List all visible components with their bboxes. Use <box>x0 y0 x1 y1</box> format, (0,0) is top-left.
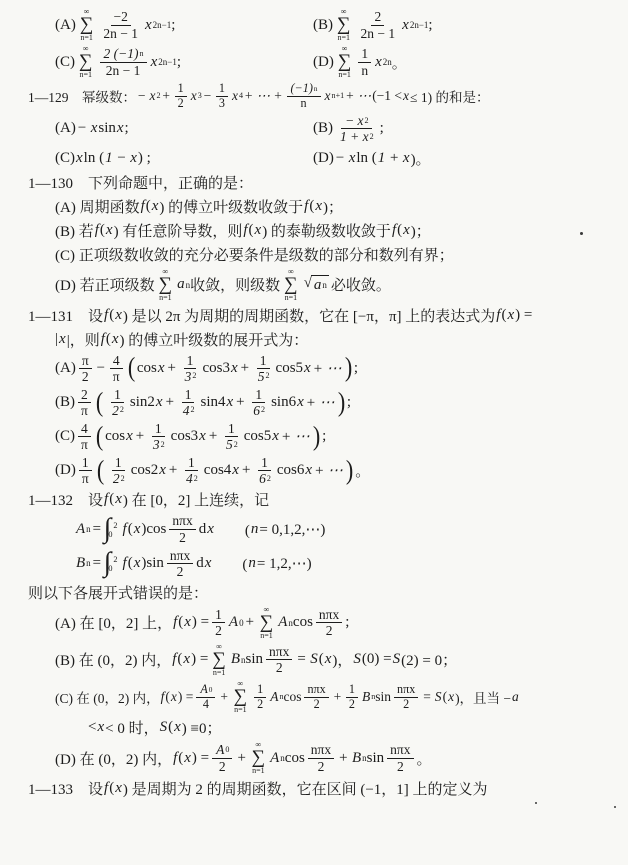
close-paren: ) <box>338 391 345 415</box>
math-run: x <box>205 555 212 572</box>
fraction-denominator: 1 + x2 <box>336 129 377 144</box>
text-run: (B) <box>55 394 75 411</box>
text-run: sin4 <box>200 394 225 411</box>
fraction: nπx2 <box>169 513 195 544</box>
fraction: nπx2 <box>316 607 342 638</box>
math-run: f <box>104 780 108 797</box>
math-run: x <box>507 307 514 324</box>
math-run: f <box>172 651 176 668</box>
fraction-denominator: 3 <box>216 97 228 111</box>
option-left: (A) − x sinx ; <box>55 120 313 137</box>
fraction: 12 <box>254 683 266 711</box>
text-run: ) 的傅立叶级数的展开式为： <box>120 329 309 350</box>
text-run: (A) 周期函数 <box>55 196 140 217</box>
text-line: (D) 1π(122cos2x + 142cos4x + 162cos6x + … <box>55 455 628 486</box>
text-run: )， <box>332 649 352 670</box>
text-run: ( <box>106 331 111 348</box>
fraction-numerator: 1 <box>254 683 266 698</box>
text-run: sin <box>98 120 116 137</box>
sum-lower-limit: n=1 <box>252 767 265 775</box>
math-run: + <box>208 428 218 445</box>
fraction: A02 <box>212 742 232 773</box>
sum-lower-limit: n=1 <box>159 294 172 302</box>
text-run: 1—130 下列命题中，正确的是： <box>28 172 253 193</box>
math-run: x <box>59 331 66 348</box>
text-line: An = ∫20f(x)cos nπx2dx (n = 0,1,2,⋯) <box>75 513 628 544</box>
math-run: f <box>95 222 99 239</box>
math-run: 6 <box>253 403 260 418</box>
math-run: x <box>232 462 239 479</box>
text-run: |，则 <box>67 329 100 350</box>
text-line: 1—130 下列命题中，正确的是： <box>28 172 628 193</box>
fraction-denominator: 2n − 1 <box>103 63 144 78</box>
math-run: x <box>255 222 262 239</box>
math-run: x <box>115 780 122 797</box>
math-run: a <box>512 689 519 705</box>
fraction: 152 <box>254 353 273 384</box>
fraction-numerator: 1 <box>111 387 124 403</box>
open-paren: ( <box>97 459 104 483</box>
fraction: 2 (−1)n2n − 1 <box>100 46 147 77</box>
text-run: )。 <box>411 148 431 169</box>
fraction: −22n − 1 <box>100 9 141 40</box>
math-run: + ⋯ <box>314 461 343 480</box>
text-run: ; <box>380 120 384 137</box>
math-run: x <box>171 689 177 705</box>
math-run: f <box>243 222 247 239</box>
text-run: ( <box>249 222 254 239</box>
math-run: (−1) <box>291 82 313 96</box>
text-run: ) 是周期为 2 的周期函数，它在区间 (−1，1] 上的定义为 <box>123 778 488 799</box>
math-run: x <box>304 360 311 377</box>
fraction-denominator: 32 <box>149 437 168 452</box>
math-run: x <box>403 222 410 239</box>
text-line: (C) 在 (0，2) 内，f (x) = A04 + ∞∑n=112Ancos… <box>55 680 628 714</box>
math-run: x <box>76 150 83 167</box>
math-run: − x <box>345 113 363 128</box>
text-run: (−1 < <box>372 88 402 104</box>
summation-symbol: ∞∑n=1 <box>212 643 226 677</box>
math-run: A <box>278 614 287 631</box>
text-line: (A) ∞∑n=1−22n − 1x2n−1 ;(B) ∞∑n=122n − 1… <box>55 8 628 42</box>
math-run: x <box>232 88 238 104</box>
scan-speck <box>580 232 583 235</box>
text-line: (D) 在 (0，2) 内，f (x) = A02 + ∞∑n=1Ancos n… <box>55 741 628 775</box>
integral-symbol: ∫20 <box>104 515 121 543</box>
text-run: ( <box>177 651 182 668</box>
text-line: (C) 正项级数收敛的充分必要条件是级数的部分和数列有界； <box>55 244 628 265</box>
fraction: A04 <box>196 683 215 711</box>
math-run: x <box>231 360 238 377</box>
math-run: a <box>177 276 185 293</box>
fraction-numerator: A0 <box>196 683 215 698</box>
text-line: 1—131 设 f (x) 是以 2π 为周期的周期函数，它在 [−π，π] 上… <box>28 305 628 326</box>
text-line: 1—133 设 f (x) 是周期为 2 的周期函数，它在区间 (−1，1] 上… <box>28 778 628 799</box>
math-run: = <box>92 521 102 538</box>
math-run: B <box>231 651 240 668</box>
text-run: 1—131 设 <box>28 305 103 326</box>
sigma-glyph: ∑ <box>80 16 94 34</box>
fraction: 12 <box>175 82 187 110</box>
open-paren: ( <box>128 356 135 380</box>
fraction: (−1)nn <box>287 82 321 110</box>
math-run: B <box>362 689 370 705</box>
math-run: x <box>151 54 158 71</box>
sum-lower-limit: n=1 <box>338 34 351 42</box>
text-run: cos4 <box>204 462 232 479</box>
text-run: ; <box>125 120 129 137</box>
math-run: x <box>117 120 124 137</box>
text-run: ( <box>215 519 250 540</box>
fraction-numerator: 1 <box>184 353 197 369</box>
fraction-numerator: 1 <box>112 455 125 471</box>
fraction-numerator: 1 <box>258 455 271 471</box>
text-run: (C) 正项级数收敛的充分必要条件是级数的部分和数列有界； <box>55 244 454 265</box>
math-run: 5 <box>258 369 265 384</box>
fraction-numerator: 2 <box>371 9 384 25</box>
summation-symbol: ∞∑n=1 <box>337 8 351 42</box>
text-run: sin6 <box>271 394 296 411</box>
math-run: x <box>403 88 409 104</box>
summation-symbol: ∞∑n=1 <box>338 45 352 79</box>
close-paren: ) <box>313 425 320 449</box>
scan-speck <box>614 806 616 808</box>
fraction-denominator: n <box>297 97 309 111</box>
fraction: − x21 + x2 <box>336 113 377 144</box>
text-run: | <box>55 331 58 348</box>
math-run: x <box>227 394 234 411</box>
fraction-denominator: 2n − 1 <box>100 26 141 41</box>
math-run: f <box>123 555 127 572</box>
scan-speck <box>535 802 537 804</box>
summation-symbol: ∞∑n=1 <box>79 45 93 79</box>
fraction-denominator: 22 <box>109 471 128 486</box>
text-run: ) = <box>192 750 209 767</box>
close-paren: ) <box>345 356 352 380</box>
text-run: (D) <box>313 150 334 167</box>
math-run: 2 (−1) <box>104 46 139 61</box>
fraction-numerator: 1 <box>212 607 225 623</box>
sum-lower-limit: n=1 <box>260 632 273 640</box>
option-left: (C) x ln (1 − x) ; <box>55 150 313 167</box>
fraction-denominator: 42 <box>179 403 198 418</box>
math-run: x <box>184 614 191 631</box>
option-right: (B) − x21 + x2 ; <box>313 113 384 144</box>
summation-symbol: ∞∑n=1 <box>260 606 274 640</box>
math-run: S <box>160 719 168 736</box>
math-run: S <box>393 651 401 668</box>
text-run: (C) <box>55 150 75 167</box>
fraction-denominator: π <box>78 403 91 418</box>
math-run: S <box>353 651 361 668</box>
text-line: (B) 若 f (x) 有任意阶导数，则 f (x) 的泰勒级数收敛于 f (x… <box>55 220 628 241</box>
math-run: + <box>135 428 145 445</box>
text-run: )sin <box>141 555 164 572</box>
text-line: (A) − x sinx ;(B) − x21 + x2 ; <box>55 113 628 144</box>
fraction-numerator: −2 <box>111 9 131 25</box>
math-run: f <box>304 198 308 215</box>
math-run: a <box>314 276 322 294</box>
text-run: ( <box>146 198 151 215</box>
fraction: 152 <box>222 421 241 452</box>
text-run: = 1,2,⋯) <box>257 554 312 573</box>
text-run: ) ; <box>138 150 151 167</box>
sigma-glyph: ∑ <box>212 651 226 669</box>
fraction-numerator: 4 <box>110 353 123 369</box>
text-run: < <box>88 719 96 736</box>
math-run: x <box>325 651 332 668</box>
text-run: sin2 <box>130 394 155 411</box>
math-run: x <box>207 521 214 538</box>
math-run: f <box>161 689 165 705</box>
math-run: n <box>248 555 256 572</box>
fraction-numerator: π <box>79 353 92 369</box>
fraction: 22n − 1 <box>358 9 399 40</box>
text-run: ( <box>178 614 183 631</box>
text-run: ( <box>109 491 114 508</box>
text-run: sin <box>367 750 385 767</box>
math-run: f <box>392 222 396 239</box>
math-run: + <box>241 462 251 479</box>
math-run: + <box>219 689 228 705</box>
math-run: 6 <box>259 471 266 486</box>
text-run: ( <box>100 222 105 239</box>
text-run: (B) <box>313 120 333 137</box>
math-run: x <box>106 222 113 239</box>
math-run: = S <box>296 651 317 668</box>
fraction-denominator: 2n − 1 <box>358 26 399 41</box>
text-line: 则以下各展开式错误的是： <box>28 582 628 603</box>
fraction-denominator: n <box>358 63 371 78</box>
fraction-numerator: 1 <box>225 421 238 437</box>
fraction: 162 <box>255 455 274 486</box>
text-run: cos3 <box>202 360 230 377</box>
text-line: |x|，则 f (x) 的傅立叶级数的展开式为： <box>55 329 628 350</box>
math-run: − <box>203 88 212 104</box>
math-run: x <box>115 491 122 508</box>
fraction-denominator: π <box>78 437 91 452</box>
math-run: x <box>191 88 197 104</box>
text-run: ) = <box>191 651 208 668</box>
text-run: ( <box>501 307 506 324</box>
fraction-denominator: 2 <box>176 530 189 545</box>
sum-lower-limit: n=1 <box>234 706 247 714</box>
fraction-denominator: 2 <box>273 660 286 675</box>
math-run: x <box>126 428 133 445</box>
math-run: x <box>448 689 454 705</box>
close-paren: ) <box>346 459 353 483</box>
math-run: x <box>297 394 304 411</box>
fraction-denominator: 62 <box>249 403 268 418</box>
fraction-numerator: 1 <box>152 421 165 437</box>
fraction-numerator: nπx <box>167 548 193 564</box>
fraction: 132 <box>181 353 200 384</box>
text-run: ( <box>178 750 183 767</box>
fraction: 122 <box>109 455 128 486</box>
text-run: ; <box>171 17 175 34</box>
math-run: + <box>165 394 175 411</box>
math-run: x <box>115 307 122 324</box>
fraction-numerator: 1 <box>252 387 265 403</box>
math-run: + <box>162 88 171 104</box>
text-line: 1—132 设 f (x) 在 [0，2] 上连续，记 <box>28 489 628 510</box>
fraction-numerator: nπx <box>308 742 334 758</box>
text-run: ( <box>165 689 170 705</box>
fraction: 122 <box>108 387 127 418</box>
summation-symbol: ∞∑n=1 <box>159 268 173 302</box>
fraction-denominator: 2 <box>212 623 225 638</box>
text-run: cos5 <box>244 428 272 445</box>
text-line: (B) 2π(122sin2x + 142sin4x + 162sin6x + … <box>55 387 628 418</box>
integral-upper-limit: 2 <box>113 555 117 564</box>
math-run: + ⋯ + <box>244 88 282 104</box>
fraction-denominator: 2 <box>315 759 328 774</box>
radicand: an <box>311 275 329 294</box>
math-run: − x <box>77 120 98 137</box>
text-run: = 0,1,2,⋯) <box>259 520 325 539</box>
math-run: 4 <box>183 403 190 418</box>
math-run: x <box>325 88 331 104</box>
integral-limits: 20 <box>109 555 117 572</box>
fraction: nπx2 <box>304 683 328 711</box>
text-run: cos <box>285 750 305 767</box>
summation-symbol: ∞∑n=1 <box>252 741 266 775</box>
text-run: 。 <box>355 460 370 481</box>
fraction-denominator: 22 <box>108 403 127 418</box>
math-run: + <box>168 462 178 479</box>
math-run: + <box>240 360 250 377</box>
text-run: (D) 若正项级数 <box>55 274 155 295</box>
fraction: 142 <box>179 387 198 418</box>
text-run: ) 是以 2π 为周期的周期函数，它在 [−π，π] 上的表达式为 <box>123 305 495 326</box>
fraction-numerator: 1 <box>175 82 187 97</box>
fraction-numerator: 1 <box>257 353 270 369</box>
text-run: ; <box>347 394 351 411</box>
math-run: x <box>305 462 312 479</box>
sum-lower-limit: n=1 <box>80 34 93 42</box>
text-run: ; <box>354 360 358 377</box>
sigma-glyph: ∑ <box>338 53 352 71</box>
text-run: )； <box>323 196 343 217</box>
text-run: )； <box>411 220 431 241</box>
math-run: + <box>167 360 177 377</box>
text-run: 则以下各展开式错误的是： <box>28 582 208 603</box>
sigma-glyph: ∑ <box>79 53 93 71</box>
text-run: 1—132 设 <box>28 489 103 510</box>
math-run: x <box>174 719 181 736</box>
text-run: ) = <box>192 614 209 631</box>
open-paren: ( <box>96 425 103 449</box>
fraction: 12 <box>346 683 358 711</box>
math-run: x <box>402 17 409 34</box>
fraction-numerator: − x2 <box>341 113 372 129</box>
math-run: 1 − x <box>105 150 137 167</box>
math-run: f <box>173 750 177 767</box>
math-run: x <box>145 17 152 34</box>
sigma-glyph: ∑ <box>234 688 248 706</box>
text-line: (A) 周期函数 f (x) 的傅立叶级数收敛于 f (x)； <box>55 196 628 217</box>
math-run: B <box>76 555 85 572</box>
sigma-glyph: ∑ <box>337 16 351 34</box>
math-run: x <box>158 360 165 377</box>
math-run: n <box>251 521 259 538</box>
math-run: f <box>173 614 177 631</box>
fraction: 132 <box>149 421 168 452</box>
fraction-numerator: 1 <box>346 683 358 698</box>
fraction: 12 <box>212 607 225 638</box>
math-run: x <box>134 555 141 572</box>
sigma-glyph: ∑ <box>284 276 298 294</box>
math-run: f <box>496 307 500 324</box>
sum-lower-limit: n=1 <box>338 71 351 79</box>
text-run: cos <box>137 360 157 377</box>
fraction-numerator: 2 <box>78 387 91 403</box>
sum-lower-limit: n=1 <box>80 71 93 79</box>
text-run: cos <box>105 428 125 445</box>
text-line: (D) 若正项级数 ∞∑n=1an 收敛，则级数 ∞∑n=1√an 必收敛。 <box>55 268 628 302</box>
math-run: + <box>235 394 245 411</box>
text-run: (A) <box>55 120 76 137</box>
fraction-numerator: 1 <box>182 387 195 403</box>
text-run: ; <box>345 614 349 631</box>
text-run: (B) 在 (0，2) 内， <box>55 649 171 670</box>
math-run: − <box>96 360 106 377</box>
text-run: ) 的傅立叶级数收敛于 <box>159 196 303 217</box>
fraction: nπx2 <box>308 742 334 773</box>
text-run: 。 <box>417 748 432 769</box>
text-line: (A) 在 [0，2] 上，f (x) = 12A0 + ∞∑n=1Ancos … <box>55 606 628 640</box>
text-run: ln ( <box>84 150 104 167</box>
math-run: + ⋯ <box>281 427 310 446</box>
math-run: A <box>216 742 224 757</box>
integral-upper-limit: 2 <box>113 521 117 530</box>
math-run: 3 <box>185 369 192 384</box>
math-run: x <box>112 331 119 348</box>
text-line: (C) 4π(cosx + 132cos3x + 152cos5x + ⋯) ; <box>55 421 628 452</box>
sum-lower-limit: n=1 <box>285 294 298 302</box>
math-run: 1 + x <box>340 129 369 144</box>
option-right: (D) ∞∑n=11nx2n。 <box>313 45 407 79</box>
text-run: (D) <box>313 54 334 71</box>
integral-lower-limit: 0 <box>108 530 117 539</box>
text-run: ( <box>443 689 448 705</box>
fraction: nπx2 <box>167 548 193 579</box>
math-run: + ⋯ <box>345 88 371 104</box>
text-run: ) = <box>178 689 193 705</box>
math-run: A <box>229 614 238 631</box>
fraction-denominator: π <box>110 369 123 384</box>
fraction: 4π <box>110 353 123 384</box>
text-run: ( <box>109 307 114 324</box>
fraction: π2 <box>79 353 92 384</box>
sigma-glyph: ∑ <box>252 749 266 767</box>
math-run: + ⋯ <box>306 393 335 412</box>
text-line: (C) x ln (1 − x) ;(D) − x ln (1 + x)。 <box>55 148 628 169</box>
text-run: (A) 在 [0，2] 上， <box>55 612 172 633</box>
math-run: x <box>156 394 163 411</box>
text-run: sin <box>246 651 264 668</box>
text-run: ( <box>397 222 402 239</box>
text-run: 1—129 幂级数： <box>28 86 136 106</box>
text-run: d <box>199 521 207 538</box>
text-run: 1—133 设 <box>28 778 103 799</box>
summation-symbol: ∞∑n=1 <box>80 8 94 42</box>
text-run: ; <box>428 17 432 34</box>
fraction-numerator: nπx <box>304 683 328 698</box>
text-run: ) 在 [0，2] 上连续，记 <box>123 489 269 510</box>
text-run: cos <box>283 689 301 705</box>
text-run: )，且当 − <box>455 687 511 707</box>
